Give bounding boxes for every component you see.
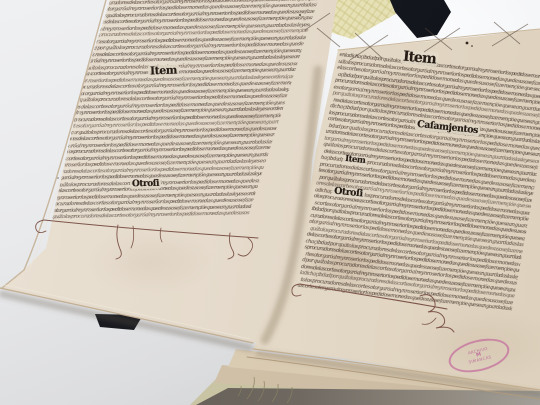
right-page-heading-item: Item xyxy=(400,49,438,66)
left-page-heading-otrosi: Otroſi xyxy=(130,180,161,190)
right-page-heading-item-2: Item xyxy=(343,155,368,166)
stamp-line-3: SIMANCAS xyxy=(468,355,492,365)
script-line: la dicha çibdad por quãto los procurador… xyxy=(12,210,250,221)
left-page-script-block: enla dicha çibdad por quãto los procurad… xyxy=(12,0,322,223)
left-end-curl xyxy=(36,220,46,233)
left-page-heading-item: Item xyxy=(148,64,179,76)
ink-speck xyxy=(57,177,59,179)
right-page-script-block: enla dicha çibdad por quãto los procurad… xyxy=(296,52,540,315)
manuscript-photo: enla dicha çibdad por quãto los procurad… xyxy=(0,0,540,405)
